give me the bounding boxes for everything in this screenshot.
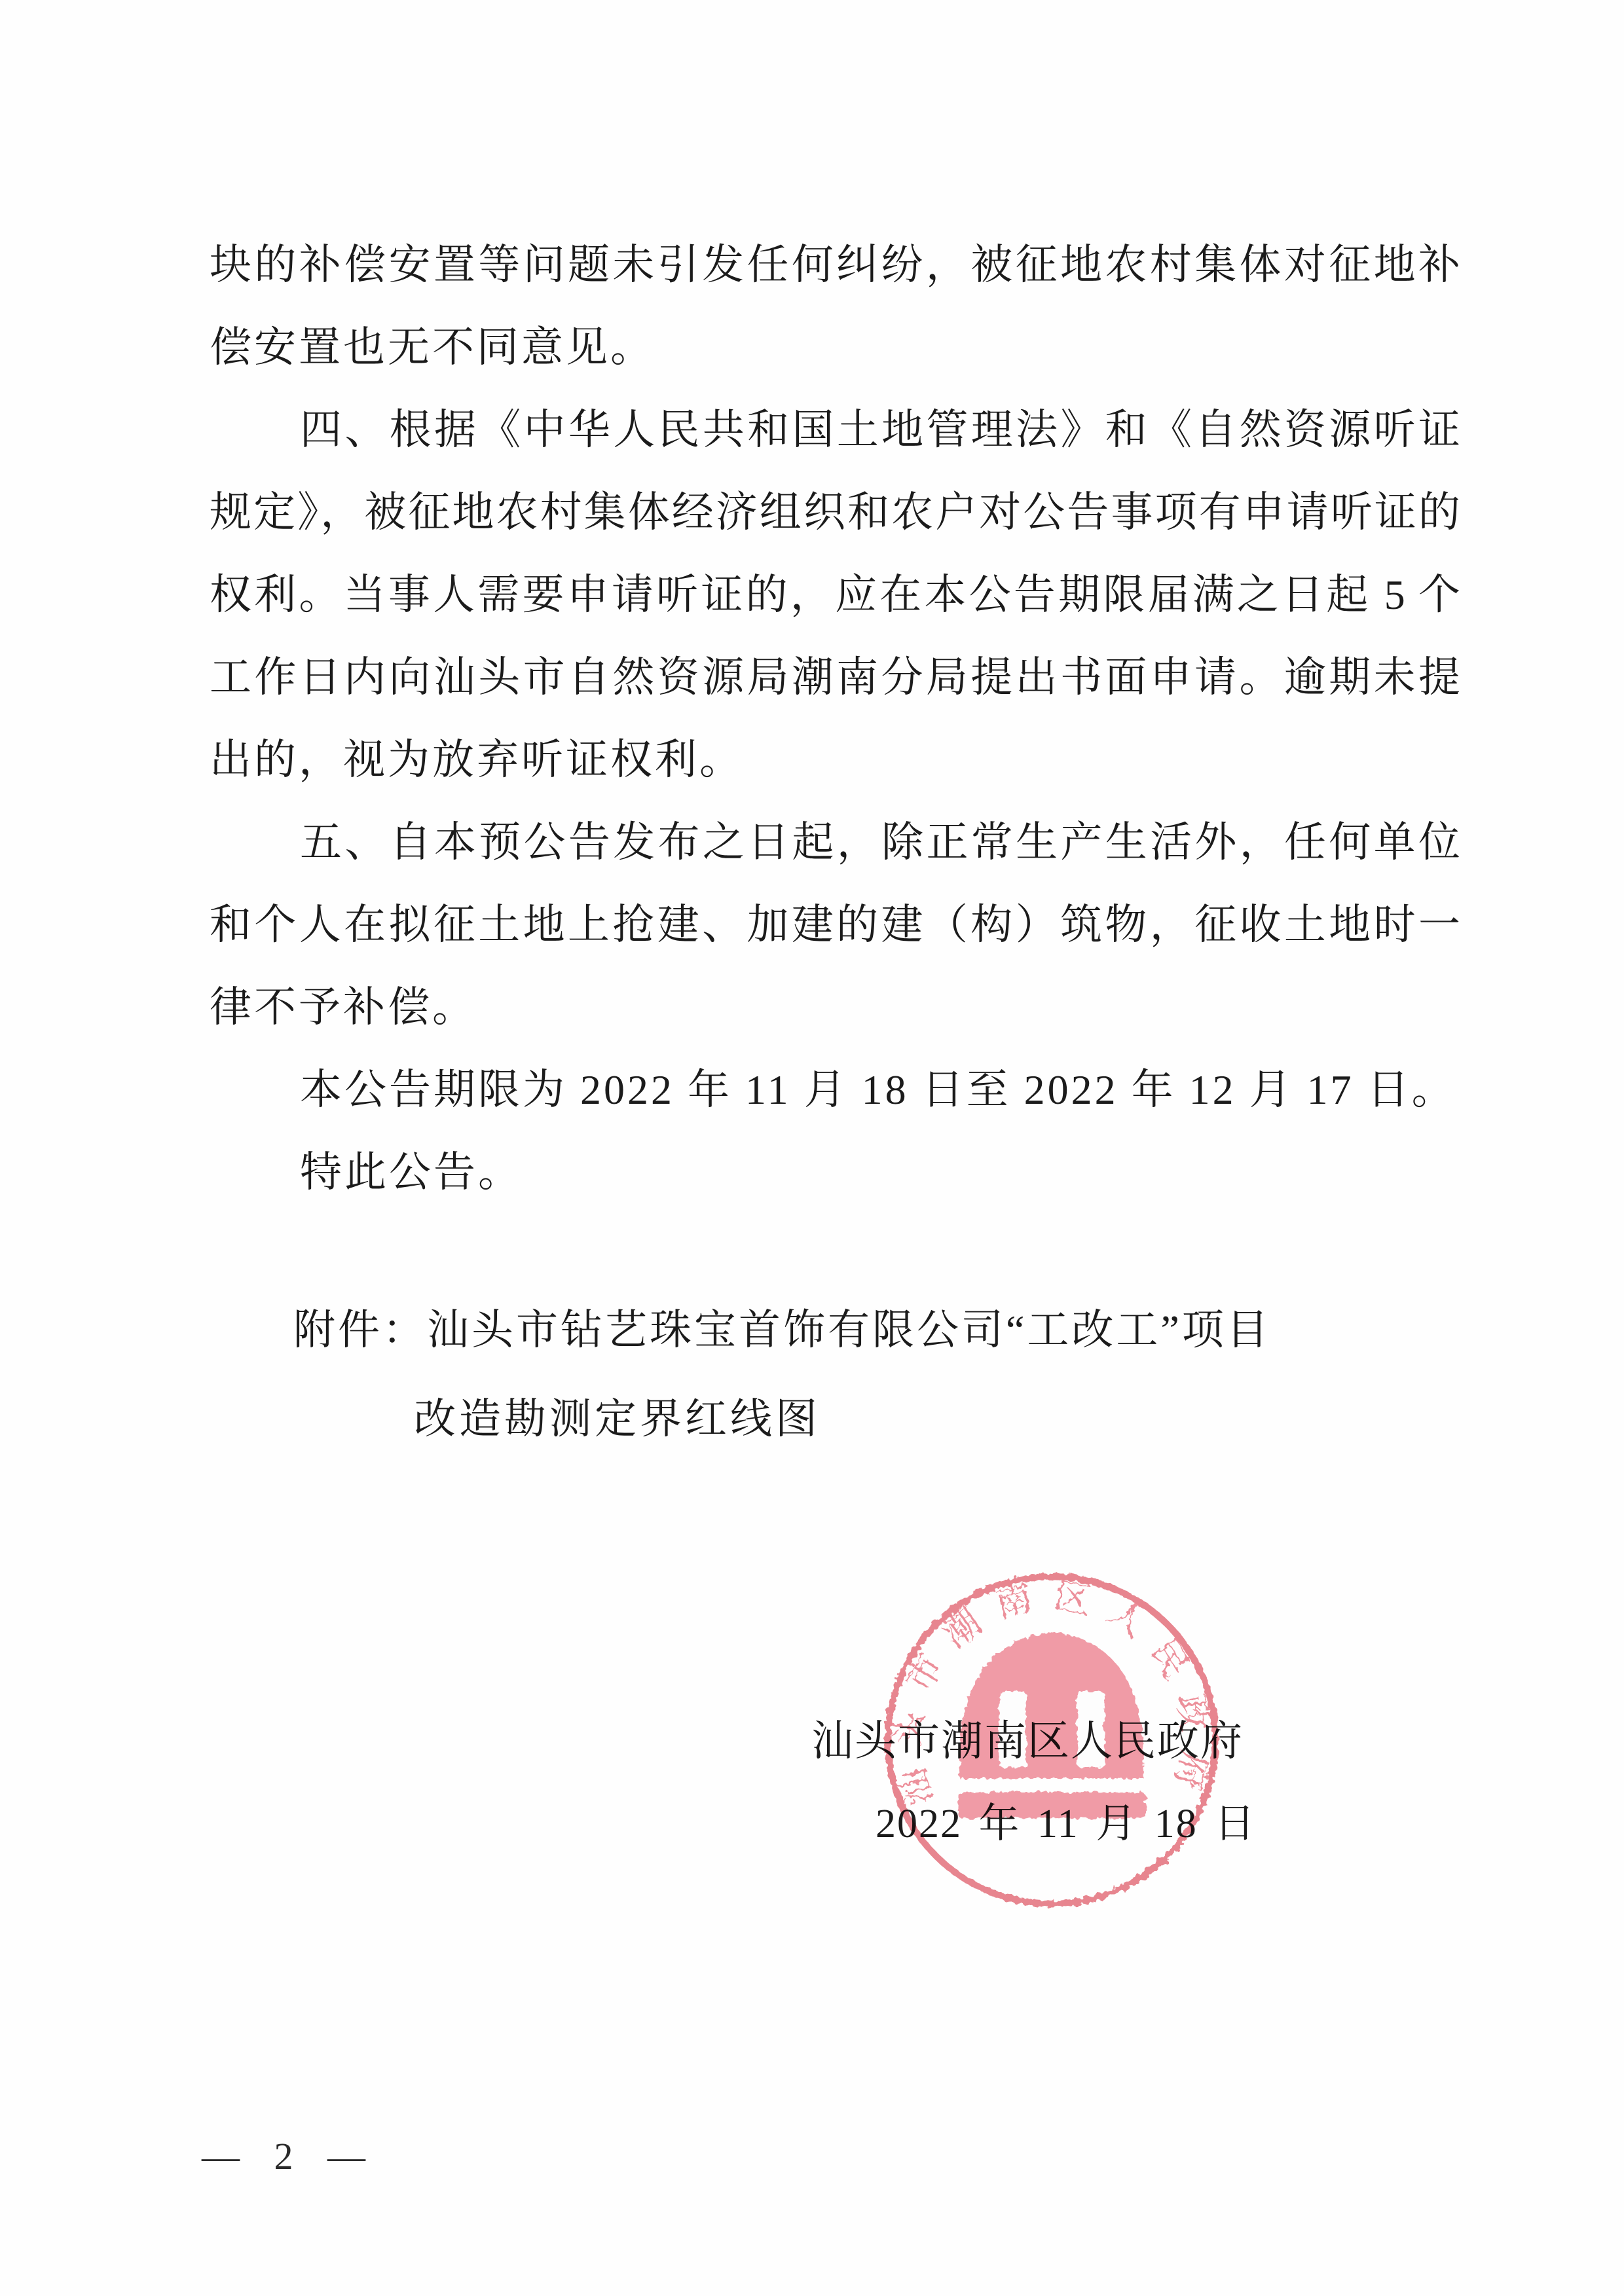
body-line: 规定》，被征地农村集体经济组织和农户对公告事项有申请听证的 bbox=[210, 471, 1460, 554]
body-line: 特此公告。 bbox=[210, 1131, 1460, 1214]
body-line: 本公告期限为 2022 年 11 月 18 日至 2022 年 12 月 17 … bbox=[210, 1049, 1460, 1131]
body-line: 出的，视为放弃听证权利。 bbox=[210, 719, 1460, 801]
body-line: 四、根据《中华人民共和国土地管理法》和《自然资源听证 bbox=[210, 389, 1460, 471]
page-number: — 2 — bbox=[202, 2134, 372, 2179]
announcement-body: 块的补偿安置等问题未引发任何纠纷，被征地农村集体对征地补 偿安置也无不同意见。 … bbox=[210, 224, 1460, 1214]
body-line: 工作日内向汕头市自然资源局潮南分局提出书面申请。逾期未提 bbox=[210, 636, 1460, 719]
seal-national-emblem bbox=[959, 1632, 1145, 1818]
body-line: 权利。当事人需要申请听证的，应在本公告期限届满之日起 5 个 bbox=[210, 554, 1460, 636]
attachment-subtitle-line: 改造勘测定界红线图 bbox=[210, 1378, 1624, 1461]
body-line: 块的补偿安置等问题未引发任何纠纷，被征地农村集体对征地补 bbox=[210, 224, 1460, 306]
official-seal-stamp: 汕头市潮南区人民政府 bbox=[855, 1544, 1248, 1937]
document-page: 块的补偿安置等问题未引发任何纠纷，被征地农村集体对征地补 偿安置也无不同意见。 … bbox=[0, 0, 1624, 2296]
body-line: 和个人在拟征土地上抢建、加建的建（构）筑物，征收土地时一 bbox=[210, 884, 1460, 966]
body-line: 律不予补偿。 bbox=[210, 966, 1460, 1049]
body-line: 偿安置也无不同意见。 bbox=[210, 306, 1460, 389]
attachment-title-line: 附件：汕头市钻艺珠宝首饰有限公司“工改工”项目 bbox=[210, 1289, 1544, 1372]
body-line: 五、自本预公告发布之日起，除正常生产生活外，任何单位 bbox=[210, 801, 1460, 884]
